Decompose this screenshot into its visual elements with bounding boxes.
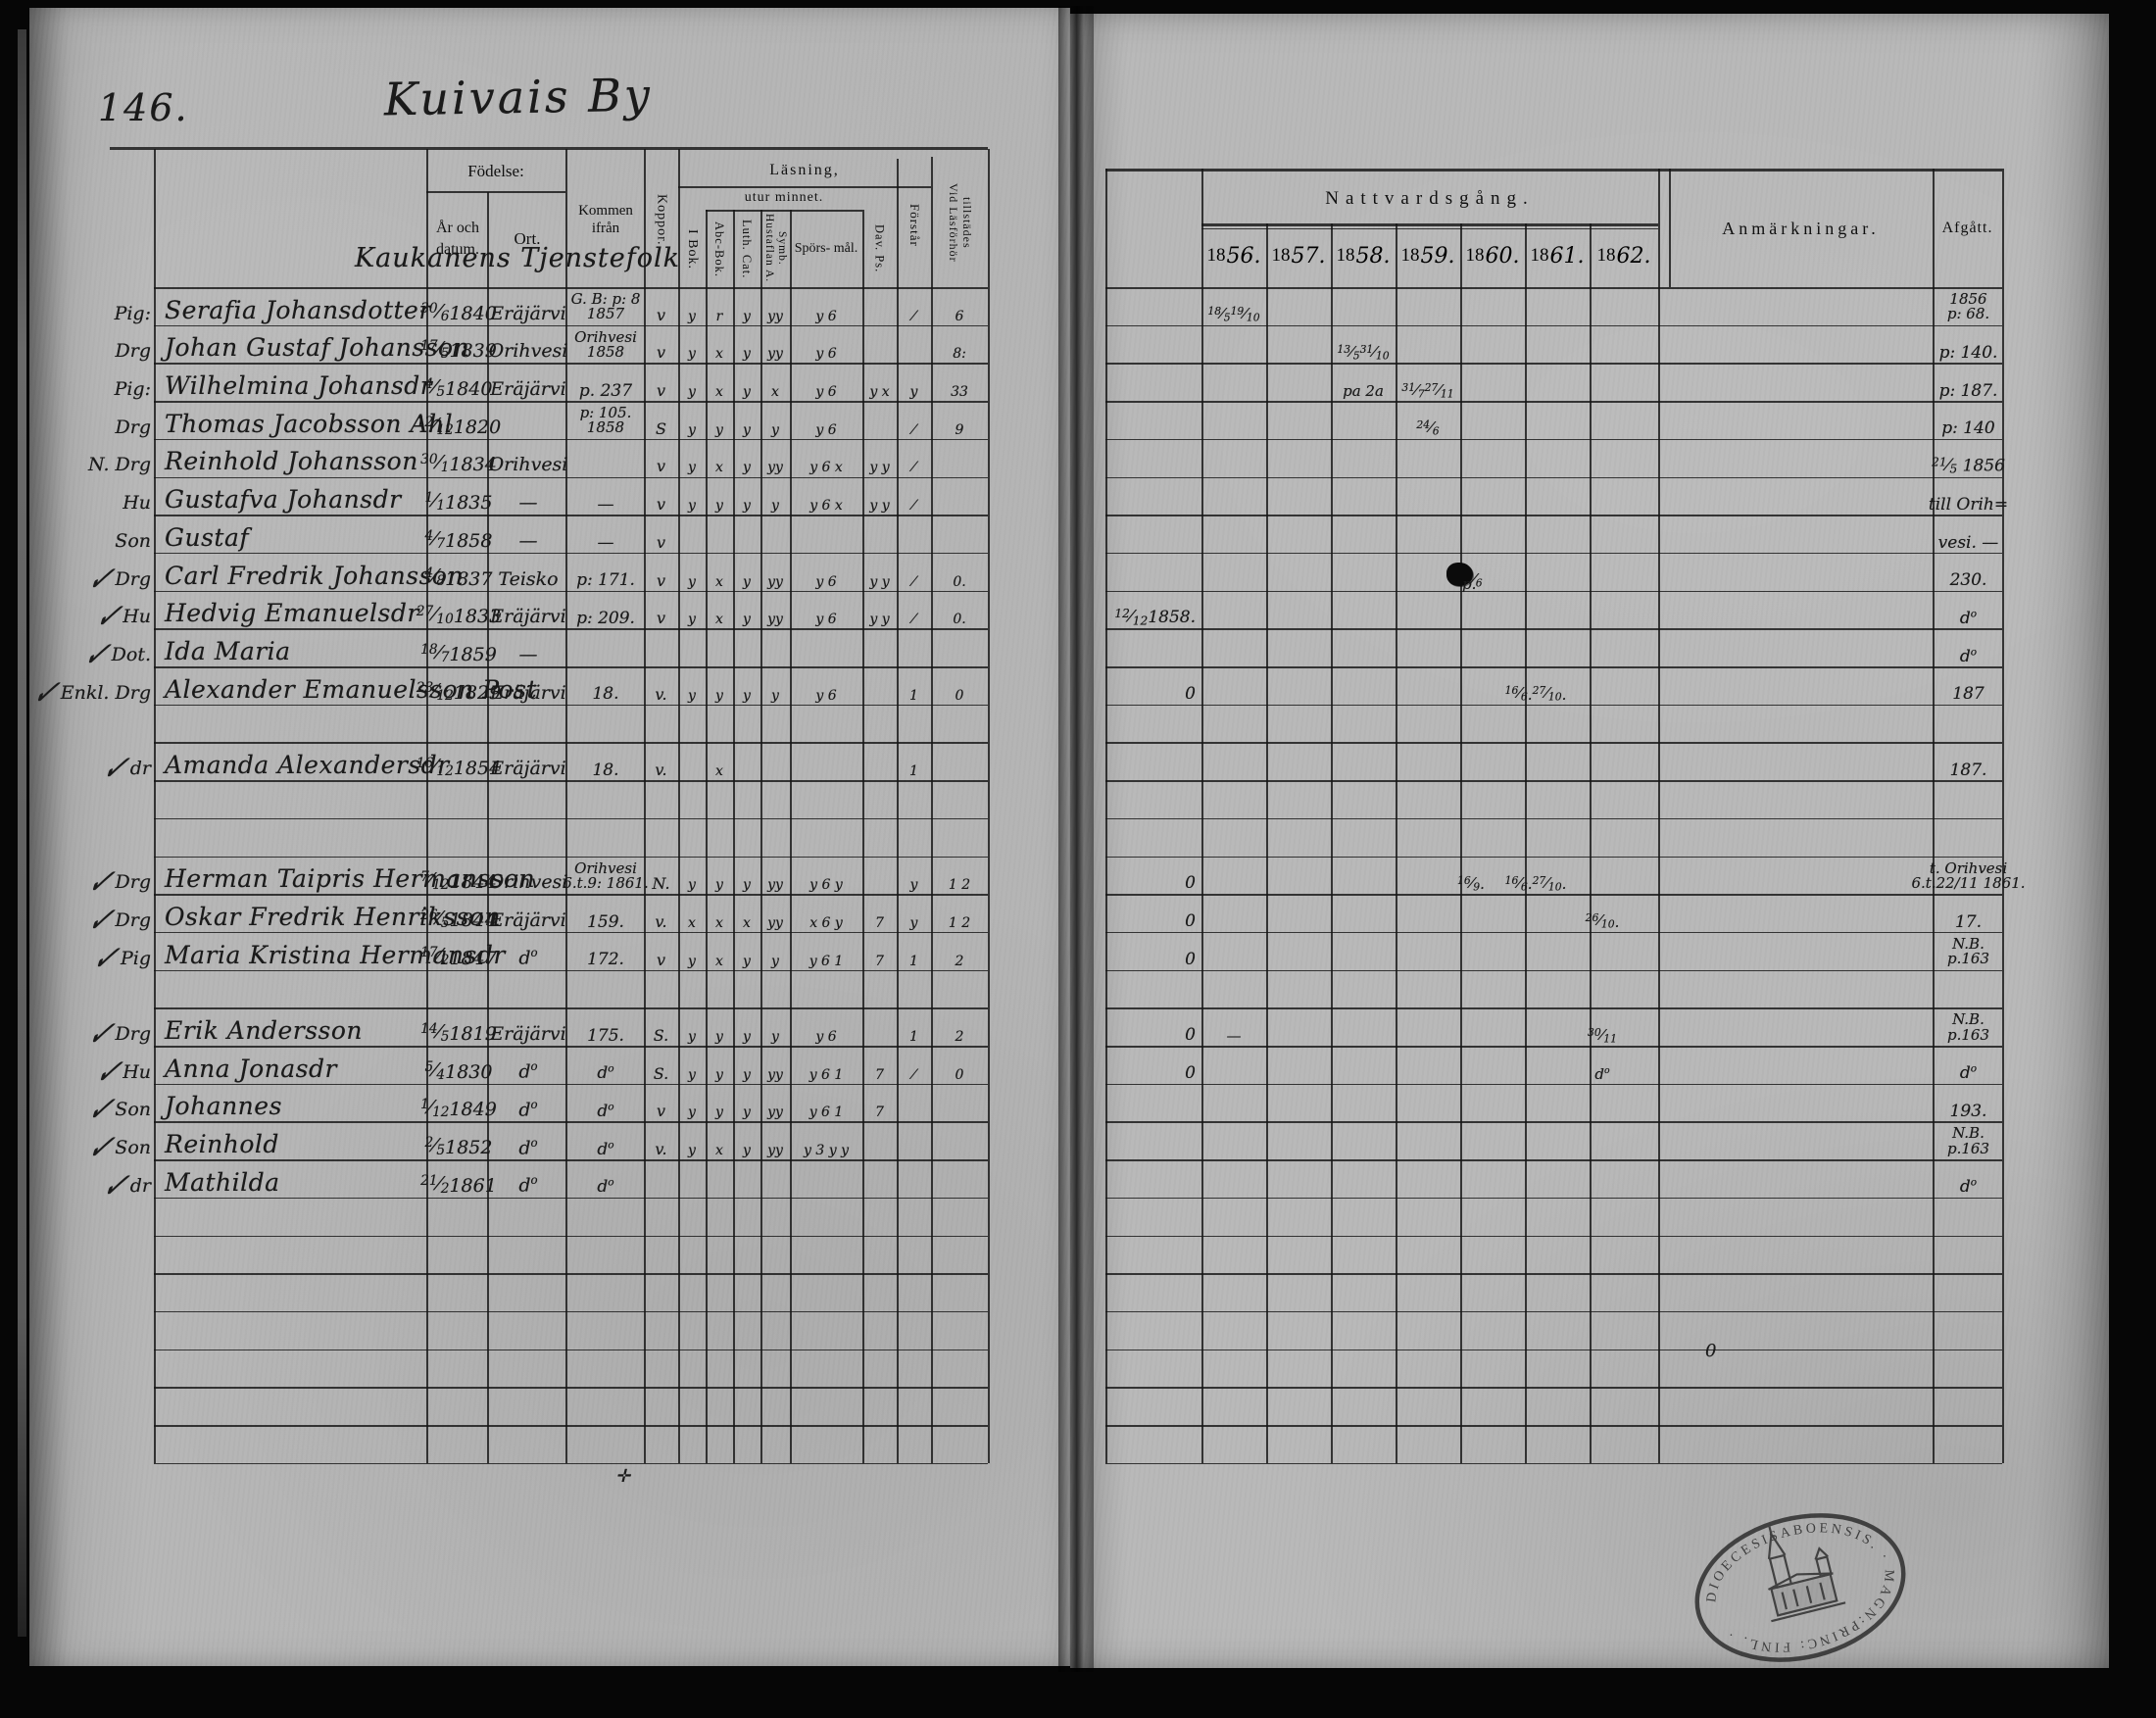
year-column-line bbox=[1331, 223, 1333, 1463]
row-communion-note: 0 bbox=[1109, 1010, 1196, 1045]
header-abc-bok: Abc-Bok. bbox=[706, 214, 733, 284]
row-birth-place: Teisko bbox=[489, 556, 567, 590]
row-kommen-ifran: do bbox=[567, 1049, 644, 1083]
row-communion-date: 16⁄6. 27⁄10. bbox=[1503, 859, 1568, 894]
row-line bbox=[1105, 1311, 2002, 1313]
row-afgatt: p: 140 bbox=[1935, 404, 2002, 438]
row-reading-mark: x bbox=[706, 328, 733, 363]
row-line bbox=[1105, 1387, 2002, 1389]
row-reading-mark: x bbox=[706, 1124, 733, 1158]
row-line bbox=[1105, 970, 2002, 972]
row-reading-mark: 7 bbox=[862, 1049, 897, 1083]
row-kommen-ifran: p: 105.1858 bbox=[567, 404, 644, 438]
row-reading-mark: 8: bbox=[931, 328, 988, 363]
row-reading-mark: x bbox=[706, 366, 733, 400]
row-name: Johan Gustaf Johansson bbox=[165, 328, 428, 363]
row-koppor-mark: v. bbox=[644, 745, 678, 779]
row-line bbox=[1105, 705, 2002, 707]
rule-line bbox=[1105, 287, 2002, 289]
row-kommen-ifran: 175. bbox=[567, 1010, 644, 1045]
row-margin-label: ✓Pig bbox=[39, 935, 151, 969]
row-line bbox=[154, 818, 988, 820]
row-line bbox=[154, 1236, 988, 1238]
row-afgatt: 17. bbox=[1935, 897, 2002, 931]
row-line bbox=[1105, 1425, 2002, 1427]
row-line bbox=[154, 970, 988, 972]
row-reading-mark: 1 bbox=[897, 745, 931, 779]
row-reading-mark: y bbox=[733, 1124, 760, 1158]
row-reading-mark: y bbox=[706, 1010, 733, 1045]
row-birth-date: 12⁄12 1820 bbox=[428, 404, 489, 438]
row-reading-mark: 1 2 bbox=[931, 859, 988, 894]
row-reading-mark: x bbox=[706, 745, 733, 779]
column-line bbox=[897, 159, 899, 1463]
year-column-line bbox=[1525, 223, 1527, 1463]
check-mark: ✓ bbox=[81, 644, 113, 668]
row-reading-mark: y 6 bbox=[790, 594, 862, 628]
row-reading-mark: y 6 bbox=[790, 328, 862, 363]
row-reading-mark: y bbox=[733, 328, 760, 363]
row-reading-mark: y 6 1 bbox=[790, 1087, 862, 1121]
row-reading-mark: y 6 bbox=[790, 404, 862, 438]
ink-blot-note: p. bbox=[1462, 571, 1509, 593]
year-header: 1861. bbox=[1525, 227, 1590, 284]
row-koppor-mark: v bbox=[644, 480, 678, 515]
row-line bbox=[154, 1463, 988, 1465]
row-line bbox=[1105, 553, 2002, 555]
row-birth-date: 27⁄10 1833 bbox=[428, 594, 489, 628]
row-reading-mark: x bbox=[706, 594, 733, 628]
row-line bbox=[154, 857, 988, 859]
row-kommen-ifran: do bbox=[567, 1162, 644, 1197]
page-number: 146. bbox=[98, 86, 189, 129]
row-reading-mark: x bbox=[706, 897, 733, 931]
row-afgatt: t. Orihvesi6.t.22/11 1861. bbox=[1935, 859, 2002, 894]
row-reading-mark: ⁄ bbox=[897, 442, 931, 476]
row-reading-mark: y y bbox=[862, 594, 897, 628]
row-reading-mark: x bbox=[678, 897, 706, 931]
row-margin-label: ✓Hu bbox=[39, 594, 151, 628]
row-koppor-mark: v. bbox=[644, 669, 678, 704]
row-reading-mark: 9 bbox=[931, 404, 988, 438]
row-communion-note: 0 bbox=[1109, 859, 1196, 894]
row-reading-mark: y bbox=[678, 669, 706, 704]
row-communion-date: 13⁄5 31⁄10 bbox=[1331, 328, 1396, 363]
row-margin-label: Pig: bbox=[39, 290, 151, 324]
row-line bbox=[1105, 1046, 2002, 1048]
row-birth-place: do bbox=[489, 1124, 567, 1158]
header-forstar: Förstår bbox=[897, 167, 931, 284]
row-communion-date: 18⁄5 19⁄10 bbox=[1201, 290, 1266, 324]
row-margin-label: ✓Son bbox=[39, 1124, 151, 1158]
row-birth-place: — bbox=[489, 517, 567, 552]
row-reading-mark: yy bbox=[760, 897, 790, 931]
row-reading-mark: y 6 bbox=[790, 290, 862, 324]
row-reading-mark: y bbox=[678, 1124, 706, 1158]
binding-gutter bbox=[1058, 6, 1094, 1672]
row-reading-mark: yy bbox=[760, 1124, 790, 1158]
header-dav-ps: Dav. Ps. bbox=[862, 214, 897, 284]
check-mark: ✓ bbox=[92, 607, 123, 631]
stray-pen-mark: ✛ bbox=[615, 1466, 630, 1487]
row-reading-mark: y bbox=[760, 1010, 790, 1045]
row-reading-mark: yy bbox=[760, 1087, 790, 1121]
row-line bbox=[1105, 591, 2002, 593]
header-utur-minnet: utur minnet. bbox=[706, 186, 862, 209]
row-afgatt: 193. bbox=[1935, 1087, 2002, 1121]
row-birth-place: do bbox=[489, 935, 567, 969]
check-mark: ✓ bbox=[100, 1175, 131, 1200]
row-communion-note: 0 bbox=[1109, 897, 1196, 931]
row-line bbox=[154, 894, 988, 896]
row-reading-mark: y bbox=[733, 1087, 760, 1121]
row-reading-mark: y bbox=[678, 556, 706, 590]
row-reading-mark: 33 bbox=[931, 366, 988, 400]
row-reading-mark: y y bbox=[862, 480, 897, 515]
row-line bbox=[1105, 363, 2002, 365]
row-reading-mark: y bbox=[678, 480, 706, 515]
row-kommen-ifran: p: 209. bbox=[567, 594, 644, 628]
row-reading-mark: yy bbox=[760, 1049, 790, 1083]
row-reading-mark: y bbox=[678, 328, 706, 363]
row-communion-note: 0 bbox=[1109, 935, 1196, 969]
header-afgatt: Afgått. bbox=[1933, 172, 2002, 284]
row-line bbox=[154, 1121, 988, 1123]
header-kommen-ifran: Kommen ifrån bbox=[567, 155, 644, 284]
year-column-line bbox=[1266, 223, 1268, 1463]
row-name: Alexander Emanuelsson Post bbox=[165, 669, 428, 704]
row-reading-mark: x bbox=[760, 366, 790, 400]
row-reading-mark: y bbox=[706, 669, 733, 704]
row-afgatt: 187. bbox=[1935, 745, 2002, 779]
row-margin-label: Pig: bbox=[39, 366, 151, 400]
row-reading-mark: y bbox=[760, 404, 790, 438]
year-header: 1862. bbox=[1590, 227, 1658, 284]
row-name: Gustafva Johansdr bbox=[165, 480, 428, 515]
row-reading-mark: y bbox=[733, 404, 760, 438]
row-birth-date: 7⁄12 1844 bbox=[428, 859, 489, 894]
row-reading-mark: y 3 y y bbox=[790, 1124, 862, 1158]
row-reading-mark: 2 bbox=[931, 935, 988, 969]
row-reading-mark: y 6 1 bbox=[790, 1049, 862, 1083]
row-reading-mark: y 6 x bbox=[790, 480, 862, 515]
row-line bbox=[1105, 666, 2002, 668]
row-reading-mark: 1 bbox=[897, 1010, 931, 1045]
row-birth-date: 4⁄7 1858 bbox=[428, 517, 489, 552]
row-line bbox=[1105, 742, 2002, 744]
header-sporsmal: Spörs- mål. bbox=[790, 218, 862, 280]
row-birth-date: 5⁄4 1830 bbox=[428, 1049, 489, 1083]
check-mark: ✓ bbox=[84, 568, 116, 593]
right-table-right-border bbox=[2002, 169, 2004, 1463]
row-reading-mark: y bbox=[733, 594, 760, 628]
row-name: Amanda Alexandersdr bbox=[165, 745, 428, 779]
year-column-line bbox=[1460, 223, 1462, 1463]
row-koppor-mark: v bbox=[644, 366, 678, 400]
row-reading-mark: y y bbox=[862, 442, 897, 476]
year-header: 1856. bbox=[1201, 227, 1266, 284]
row-name: Wilhelmina Johansdr bbox=[165, 366, 428, 400]
row-reading-mark: y bbox=[760, 935, 790, 969]
row-birth-place: — bbox=[489, 631, 567, 665]
row-kommen-ifran: do bbox=[567, 1124, 644, 1158]
row-afgatt: do bbox=[1935, 1049, 2002, 1083]
row-communion-note: 0 bbox=[1109, 1049, 1196, 1083]
row-reading-mark: y 6 x bbox=[790, 442, 862, 476]
row-communion-date: 31⁄7 27⁄11 bbox=[1396, 366, 1460, 400]
column-line bbox=[1669, 169, 1671, 287]
row-reading-mark: y bbox=[678, 1087, 706, 1121]
row-reading-mark: y bbox=[733, 1010, 760, 1045]
right-table-top-rule bbox=[1105, 169, 2002, 172]
row-reading-mark: x bbox=[733, 897, 760, 931]
row-birth-date: 2⁄5 1852 bbox=[428, 1124, 489, 1158]
row-line bbox=[1105, 1350, 2002, 1351]
row-koppor-mark: v bbox=[644, 442, 678, 476]
row-reading-mark: 7 bbox=[862, 1087, 897, 1121]
row-reading-mark: 1 bbox=[897, 935, 931, 969]
row-reading-mark: y y bbox=[862, 556, 897, 590]
check-mark: ✓ bbox=[84, 1137, 116, 1161]
header-anmarkningar: Anmärkningar. bbox=[1669, 172, 1933, 284]
row-reading-mark: y bbox=[678, 366, 706, 400]
row-reading-mark: yy bbox=[760, 859, 790, 894]
row-reading-mark: 0. bbox=[931, 594, 988, 628]
row-line bbox=[154, 1273, 988, 1275]
check-mark: ✓ bbox=[84, 1023, 116, 1048]
row-birth-date: 1⁄1 1835 bbox=[428, 480, 489, 515]
row-line bbox=[1105, 1463, 2002, 1465]
row-name: Oskar Fredrik Henriksson bbox=[165, 897, 428, 931]
check-mark: ✓ bbox=[100, 758, 131, 782]
row-line bbox=[154, 932, 988, 934]
row-reading-mark: 0. bbox=[931, 556, 988, 590]
row-afgatt: do bbox=[1935, 631, 2002, 665]
check-mark: ✓ bbox=[90, 948, 122, 972]
row-reading-mark: y bbox=[733, 442, 760, 476]
row-reading-mark: ⁄ bbox=[897, 594, 931, 628]
row-birth-place: Eräjärvi bbox=[489, 745, 567, 779]
left-table-left-border bbox=[154, 149, 156, 1463]
row-communion-date: do bbox=[1568, 1049, 1637, 1083]
row-afgatt: 187 bbox=[1935, 669, 2002, 704]
row-reading-mark: y bbox=[733, 669, 760, 704]
row-kommen-ifran: 172. bbox=[567, 935, 644, 969]
check-mark: ✓ bbox=[84, 909, 116, 934]
row-line bbox=[154, 325, 988, 327]
row-birth-date: 30⁄6 1840 bbox=[428, 290, 489, 324]
row-name: Anna Jonasdr bbox=[165, 1049, 428, 1083]
year-header: 1857. bbox=[1266, 227, 1331, 284]
row-reading-mark: 6 bbox=[931, 290, 988, 324]
row-line bbox=[1105, 857, 2002, 859]
row-communion-date: 24⁄6 bbox=[1396, 404, 1460, 438]
row-reading-mark: y bbox=[897, 366, 931, 400]
row-afgatt: vesi. — bbox=[1935, 517, 2002, 552]
row-afgatt: do bbox=[1935, 1162, 2002, 1197]
row-reading-mark: y bbox=[678, 594, 706, 628]
row-reading-mark: yy bbox=[760, 594, 790, 628]
row-reading-mark: y bbox=[706, 1087, 733, 1121]
row-line bbox=[154, 477, 988, 479]
row-kommen-ifran: Orihvesi6.t.9: 1861. bbox=[567, 859, 644, 894]
left-table-top-rule bbox=[110, 147, 988, 150]
row-reading-mark: y bbox=[678, 935, 706, 969]
row-birth-place: Eräjärvi bbox=[489, 594, 567, 628]
row-line bbox=[154, 1198, 988, 1200]
row-reading-mark: yy bbox=[760, 290, 790, 324]
header-koppor: Koppor. bbox=[644, 155, 678, 284]
row-name: Gustaf bbox=[165, 517, 428, 552]
row-birth-date: 23⁄12 1829 bbox=[428, 669, 489, 704]
row-reading-mark: y bbox=[706, 480, 733, 515]
row-koppor-mark: N. bbox=[644, 859, 678, 894]
row-afgatt: till Orih= bbox=[1935, 480, 2002, 515]
row-birth-place: Eräjärvi bbox=[489, 897, 567, 931]
row-name: Herman Taipris Hermansson bbox=[165, 859, 428, 894]
row-kommen-ifran: 18. bbox=[567, 745, 644, 779]
row-reading-mark: x bbox=[706, 442, 733, 476]
row-margin-label: N. Drg bbox=[39, 442, 151, 476]
row-line bbox=[1105, 780, 2002, 782]
row-reading-mark: y bbox=[733, 859, 760, 894]
row-koppor-mark: S. bbox=[644, 1049, 678, 1083]
row-communion-note: 0 bbox=[1109, 669, 1196, 704]
row-birth-place: do bbox=[489, 1162, 567, 1197]
row-name: Serafia Johansdotter bbox=[165, 290, 428, 324]
row-reading-mark: ⁄ bbox=[897, 480, 931, 515]
row-reading-mark: y bbox=[706, 859, 733, 894]
row-line bbox=[154, 1350, 988, 1351]
header-fodelse: Födelse: bbox=[426, 155, 565, 188]
row-koppor-mark: v bbox=[644, 290, 678, 324]
row-reading-mark: y bbox=[678, 1049, 706, 1083]
row-line bbox=[154, 1311, 988, 1313]
row-birth-place: Eräjärvi bbox=[489, 290, 567, 324]
header-ort: Ort. bbox=[489, 194, 565, 284]
row-communion-date: pa 2a bbox=[1331, 366, 1396, 400]
row-reading-mark: y bbox=[678, 404, 706, 438]
row-reading-mark: y bbox=[678, 859, 706, 894]
row-birth-place: do bbox=[489, 1049, 567, 1083]
row-reading-mark: y bbox=[706, 404, 733, 438]
row-reading-mark: ⁄ bbox=[897, 290, 931, 324]
row-kommen-ifran: Orihvesi1858 bbox=[567, 328, 644, 363]
row-koppor-mark: v. bbox=[644, 897, 678, 931]
row-afgatt: N.B.p.163 bbox=[1935, 935, 2002, 969]
row-birth-place: Orihvesi bbox=[489, 328, 567, 363]
page-stack-edge bbox=[18, 29, 26, 1637]
row-birth-place bbox=[489, 404, 567, 438]
row-birth-place: Orihvesi bbox=[489, 859, 567, 894]
row-line bbox=[1105, 325, 2002, 327]
row-name: Reinhold bbox=[165, 1124, 428, 1158]
row-koppor-mark: v. bbox=[644, 1124, 678, 1158]
check-mark: ✓ bbox=[92, 1061, 123, 1086]
row-line bbox=[154, 666, 988, 668]
row-reading-mark: y bbox=[897, 859, 931, 894]
year-header: 1860. bbox=[1460, 227, 1525, 284]
row-birth-place: Eräjärvi bbox=[489, 669, 567, 704]
row-reading-mark: 7 bbox=[862, 935, 897, 969]
row-reading-mark: 1 bbox=[897, 669, 931, 704]
row-margin-label: Hu bbox=[39, 480, 151, 515]
row-name: Mathilda bbox=[165, 1162, 428, 1197]
header-luth-cat: Luth. Cat. bbox=[733, 214, 760, 284]
check-mark: ✓ bbox=[84, 871, 116, 896]
row-line bbox=[154, 591, 988, 593]
row-birth-place: — bbox=[489, 480, 567, 515]
row-line bbox=[1105, 1007, 2002, 1009]
row-koppor-mark: v bbox=[644, 594, 678, 628]
row-reading-mark: ⁄ bbox=[897, 1049, 931, 1083]
row-line bbox=[154, 439, 988, 441]
row-line bbox=[154, 1159, 988, 1161]
header-nattvardsgang: Nattvardsgång. bbox=[1201, 178, 1658, 220]
row-kommen-ifran: — bbox=[567, 517, 644, 552]
row-line bbox=[1105, 628, 2002, 630]
row-birth-date: 26⁄5 1844 bbox=[428, 897, 489, 931]
row-margin-label: ✓Drg bbox=[39, 1010, 151, 1045]
row-reading-mark: y 6 bbox=[790, 1010, 862, 1045]
header-vid-lasforhor: Vid Läsförhör tillstädes bbox=[931, 161, 988, 284]
row-line bbox=[1105, 1159, 2002, 1161]
row-reading-mark: y bbox=[678, 290, 706, 324]
row-name: Thomas Jacobsson Ahl bbox=[165, 404, 428, 438]
row-margin-label: ✓Drg bbox=[39, 859, 151, 894]
row-line bbox=[1105, 477, 2002, 479]
row-line bbox=[1105, 894, 2002, 896]
row-margin-label: ✓dr bbox=[39, 745, 151, 779]
row-communion-date: — bbox=[1201, 1010, 1266, 1045]
row-margin-label: ✓Dot. bbox=[39, 631, 151, 665]
row-line bbox=[154, 401, 988, 403]
row-reading-mark: 7 bbox=[862, 897, 897, 931]
header-i-bok: I Bok. bbox=[678, 214, 706, 284]
row-birth-place: Orihvesi bbox=[489, 442, 567, 476]
row-name: Hedvig Emanuelsdr bbox=[165, 594, 428, 628]
row-line bbox=[1105, 1236, 2002, 1238]
row-reading-mark: yy bbox=[760, 442, 790, 476]
row-margin-label: ✓Son bbox=[39, 1087, 151, 1121]
row-kommen-ifran: do bbox=[567, 1087, 644, 1121]
row-afgatt: N.B.p.163 bbox=[1935, 1124, 2002, 1158]
row-reading-mark: yy bbox=[760, 556, 790, 590]
row-afgatt: do bbox=[1935, 594, 2002, 628]
row-afgatt: 1856p: 68. bbox=[1935, 290, 2002, 324]
row-reading-mark: y bbox=[733, 1049, 760, 1083]
row-name: Johannes bbox=[165, 1087, 428, 1121]
row-reading-mark: y bbox=[733, 935, 760, 969]
row-margin-label: Drg bbox=[39, 404, 151, 438]
row-line bbox=[154, 628, 988, 630]
row-koppor-mark: v bbox=[644, 1087, 678, 1121]
row-line bbox=[1105, 1273, 2002, 1275]
row-reading-mark: y 6 y bbox=[790, 859, 862, 894]
row-reading-mark: ⁄ bbox=[897, 556, 931, 590]
row-kommen-ifran: — bbox=[567, 480, 644, 515]
row-birth-date: 16⁄12 1854 bbox=[428, 745, 489, 779]
row-reading-mark: y bbox=[678, 442, 706, 476]
row-koppor-mark: v bbox=[644, 517, 678, 552]
row-reading-mark: yy bbox=[760, 328, 790, 363]
row-reading-mark: ⁄ bbox=[897, 404, 931, 438]
row-koppor-mark: v bbox=[644, 556, 678, 590]
rule-line bbox=[426, 191, 565, 193]
row-reading-mark: r bbox=[706, 290, 733, 324]
row-reading-mark: 0 bbox=[931, 669, 988, 704]
row-margin-label: ✓Hu bbox=[39, 1049, 151, 1083]
